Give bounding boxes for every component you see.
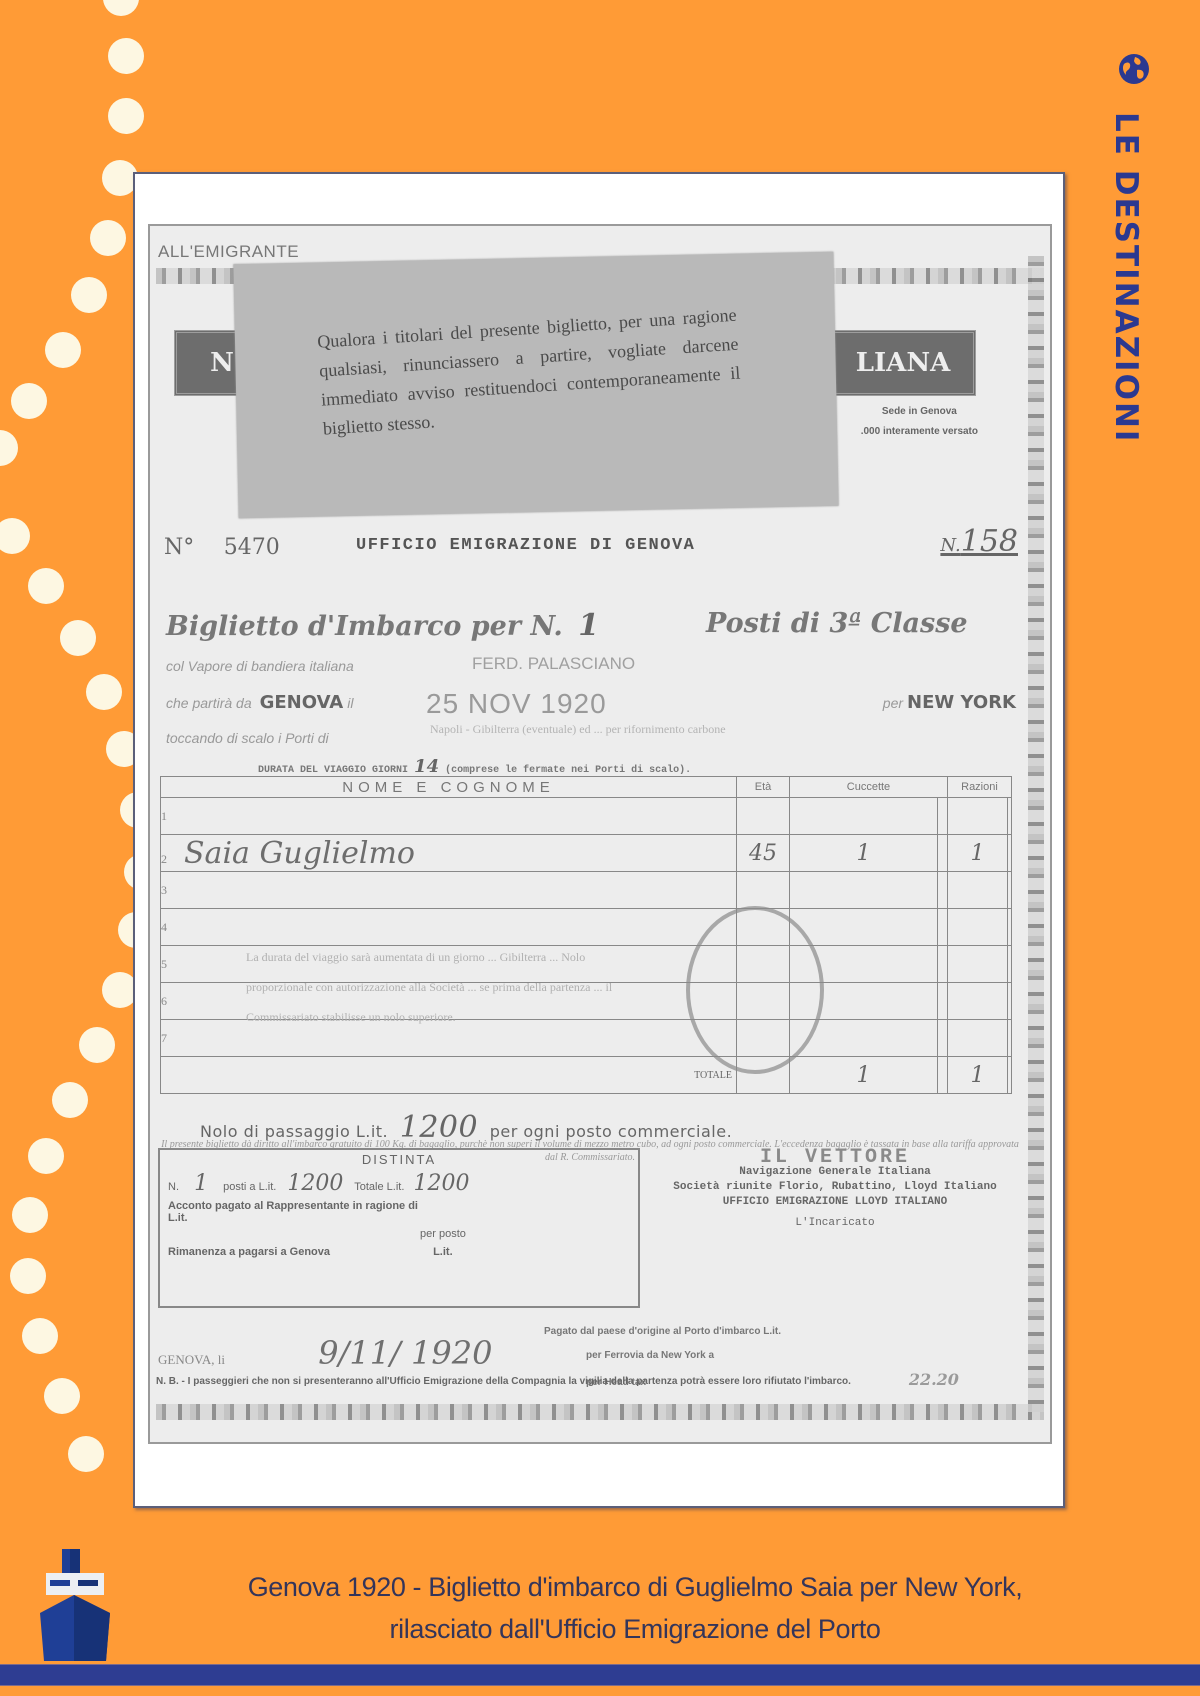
distinta-box: DISTINTA N. 1 posti a L.it. 1200 Totale … bbox=[158, 1148, 640, 1308]
decorative-dot bbox=[45, 332, 81, 368]
table-row: 3 bbox=[161, 872, 1012, 909]
ticket-number: 5470 bbox=[224, 535, 280, 560]
decorative-dot bbox=[108, 98, 144, 134]
passenger-rations: 1 bbox=[947, 835, 1007, 872]
company-banner-right: LIANA bbox=[830, 330, 976, 396]
decorative-dot bbox=[0, 518, 30, 554]
office-title: UFFICIO EMIGRAZIONE DI GENOVA bbox=[356, 536, 695, 555]
decorative-dot bbox=[68, 1436, 104, 1472]
table-row: 4 bbox=[161, 909, 1012, 946]
ornamental-border-right bbox=[1028, 256, 1044, 1412]
ports-stamp: Napoli - Gibilterra (eventuale) ed ... p… bbox=[430, 722, 760, 737]
passenger-berths: 1 bbox=[790, 835, 938, 872]
decorative-dot bbox=[71, 277, 107, 313]
notice-text: Qualora i titolari del presente bigliett… bbox=[316, 301, 743, 444]
destination-row: per NEW YORK bbox=[883, 692, 1016, 713]
decorative-dot bbox=[103, 0, 139, 16]
section-title-vertical: LE DESTINAZIONI bbox=[1108, 112, 1144, 512]
official-round-stamp bbox=[686, 906, 824, 1074]
carrier-block: IL VETTORE Navigazione Generale Italiana… bbox=[650, 1150, 1020, 1231]
decorative-dot bbox=[28, 1138, 64, 1174]
decorative-dot bbox=[22, 1318, 58, 1354]
ship-icon bbox=[40, 1549, 126, 1661]
table-total-row: TOTALE 1 1 bbox=[161, 1057, 1012, 1094]
decorative-dot bbox=[0, 430, 18, 466]
faded-table-note: La durata del viaggio sarà aumentata di … bbox=[246, 942, 626, 1032]
serial-number: 158 bbox=[961, 524, 1018, 559]
passenger-age: 45 bbox=[737, 835, 790, 872]
decorative-dot bbox=[28, 568, 64, 604]
footer-note: N. B. - I passeggieri che non si present… bbox=[156, 1376, 1026, 1387]
table-row: 1 bbox=[161, 798, 1012, 835]
ticket-top-label: ALL'EMIGRANTE bbox=[158, 242, 299, 262]
ticket-count: 1 bbox=[578, 608, 599, 643]
section-title-text: LE DESTINAZIONI bbox=[1108, 112, 1144, 443]
class-label: Posti di 3ª Classe bbox=[706, 608, 968, 639]
decorative-dot bbox=[10, 1258, 46, 1294]
decorative-dot bbox=[79, 1027, 115, 1063]
company-seat-note: Sede in Genova .000 interamente versato bbox=[861, 402, 978, 442]
ornamental-border-bottom bbox=[156, 1404, 1044, 1420]
distinta-line1: N. 1 posti a L.it. 1200 Totale L.it. 120… bbox=[168, 1171, 630, 1196]
departure-port: GENOVA bbox=[260, 692, 344, 713]
passenger-table: NOME E COGNOME Età Cuccette Razioni 1 2 … bbox=[160, 776, 1012, 1094]
decorative-dot bbox=[44, 1378, 80, 1414]
decorative-dot bbox=[90, 220, 126, 256]
duration-days: 14 bbox=[414, 756, 439, 777]
issue-place-date: GENOVA, li 9/11/ 1920 bbox=[158, 1334, 492, 1372]
distinta-rimanenza: Rimanenza a pagarsi a Genova L.it. bbox=[168, 1246, 630, 1258]
decorative-dot bbox=[52, 1082, 88, 1118]
duration-row: DURATA DEL VIAGGIO GIORNI 14 (comprese l… bbox=[258, 756, 691, 777]
caption-line-1: Genova 1920 - Biglietto d'imbarco di Gug… bbox=[150, 1566, 1120, 1608]
image-caption: Genova 1920 - Biglietto d'imbarco di Gug… bbox=[150, 1566, 1120, 1650]
issue-date: 9/11/ 1920 bbox=[318, 1334, 492, 1372]
passenger-name: Saia Guglielmo bbox=[184, 836, 415, 871]
steamer-name: FERD. PALASCIANO bbox=[472, 654, 635, 674]
departure-row: che partirà da GENOVA il bbox=[166, 692, 353, 713]
decorative-dot bbox=[60, 620, 96, 656]
ticket-title-row: Biglietto d'Imbarco per N. 1 bbox=[166, 608, 599, 643]
table-row: 2 Saia Guglielmo 45 1 1 bbox=[161, 835, 1012, 872]
destination: NEW YORK bbox=[907, 692, 1016, 713]
decorative-dot bbox=[108, 38, 144, 74]
emigrant-ticket-scan: ALL'EMIGRANTE N LIANA Sede in Genova .00… bbox=[148, 224, 1052, 1444]
globe-icon bbox=[1117, 52, 1151, 86]
decorative-dot bbox=[12, 1197, 48, 1233]
bottom-band bbox=[0, 1664, 1200, 1686]
pasted-notice-paper: Qualora i titolari del presente bigliett… bbox=[233, 252, 838, 519]
caption-line-2: rilasciato dall'Ufficio Emigrazione del … bbox=[150, 1608, 1120, 1650]
departure-date-stamp: 25 NOV 1920 bbox=[426, 688, 607, 720]
decorative-dot bbox=[11, 383, 47, 419]
decorative-dot bbox=[86, 674, 122, 710]
